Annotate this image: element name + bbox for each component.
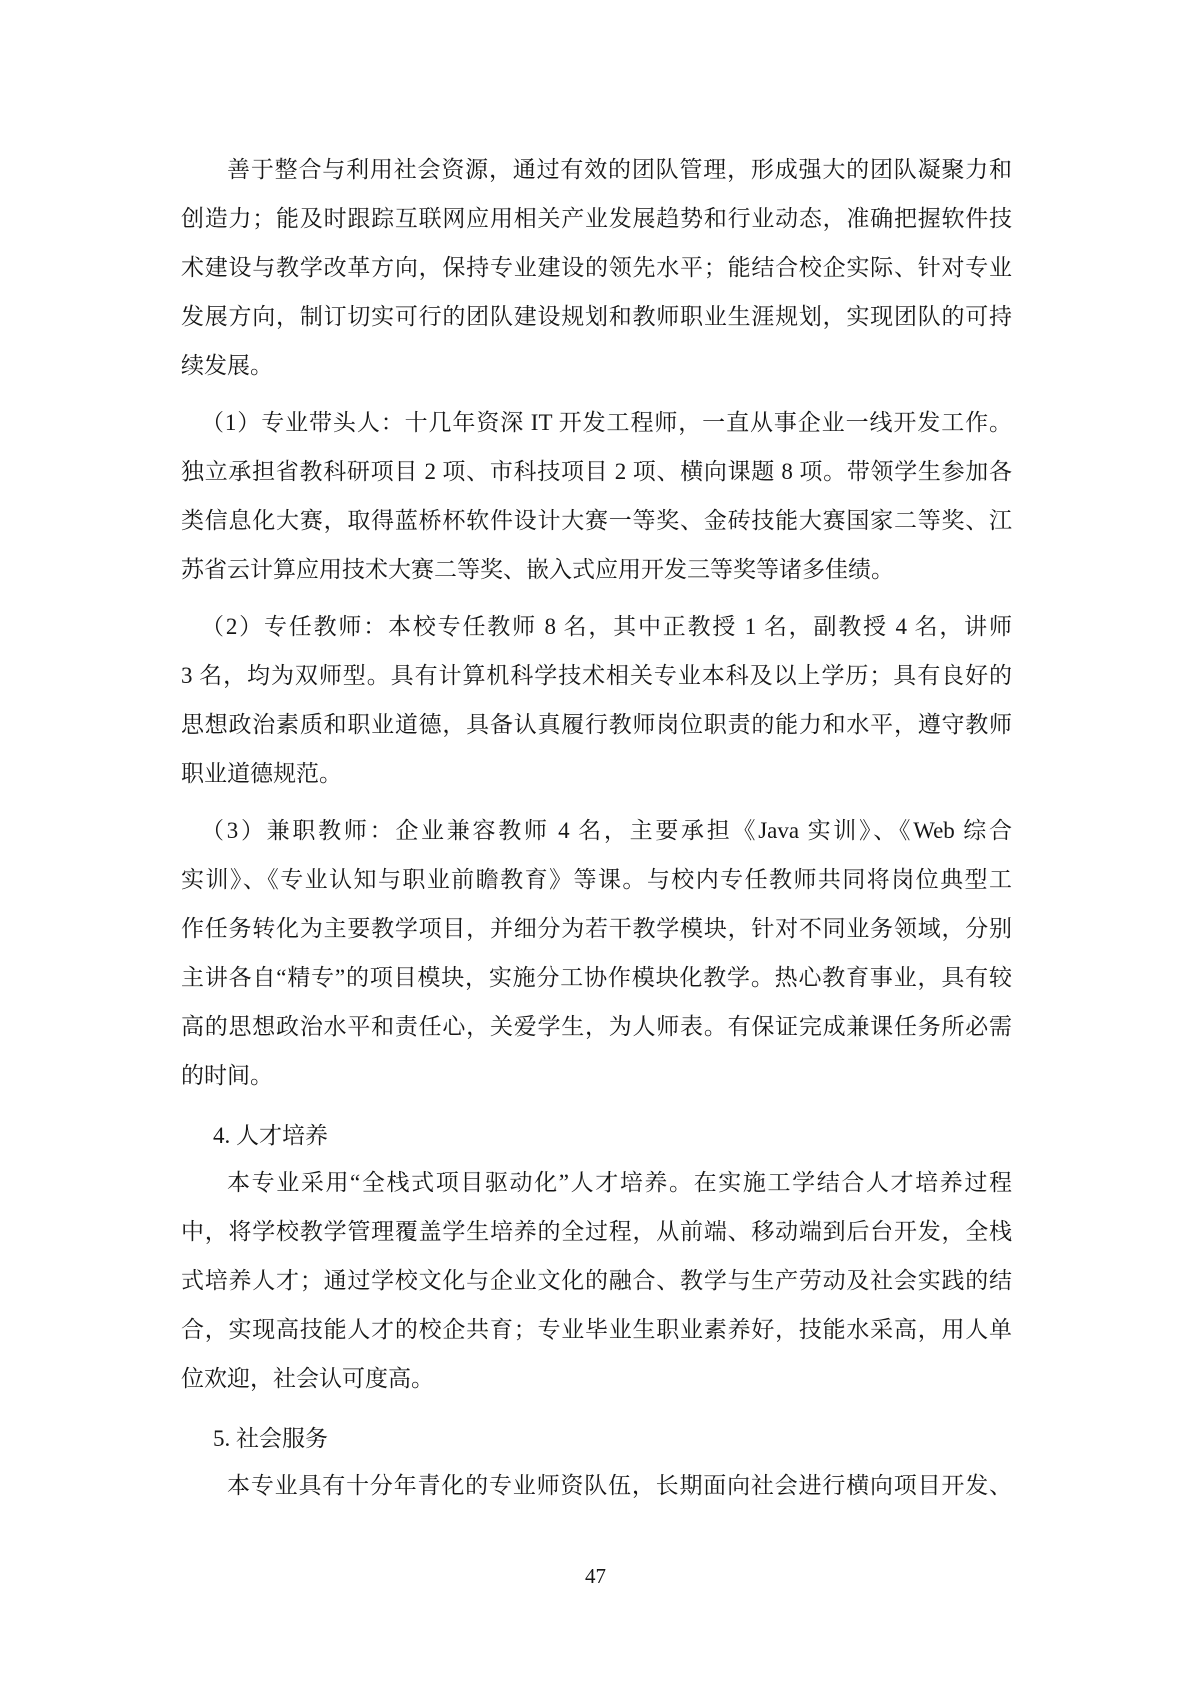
text-line: 合，实现高技能人才的校企共育；专业毕业生职业素养好，技能水采高，用人单 — [181, 1305, 1012, 1354]
text-line: （3）兼职教师：企业兼容教师 4 名，主要承担《Java 实训》、《Web 综合 — [181, 806, 1012, 855]
paragraph: （1）专业带头人：十几年资深 IT 开发工程师，一直从事企业一线开发工作。独立承… — [181, 398, 1012, 594]
paragraph: （3）兼职教师：企业兼容教师 4 名，主要承担《Java 实训》、《Web 综合… — [181, 806, 1012, 1100]
text-line: 作任务转化为主要教学项目，并细分为若干教学模块，针对不同业务领域，分别 — [181, 904, 1012, 953]
section-heading: 5. 社会服务 — [181, 1417, 1012, 1461]
paragraph: 本专业采用“全栈式项目驱动化”人才培养。在实施工学结合人才培养过程中，将学校教学… — [181, 1158, 1012, 1403]
text-line: 高的思想政治水平和责任心，关爱学生，为人师表。有保证完成兼课任务所必需 — [181, 1002, 1012, 1051]
paragraph: 本专业具有十分年青化的专业师资队伍，长期面向社会进行横向项目开发、 — [181, 1461, 1012, 1510]
page-number: 47 — [0, 1563, 1191, 1589]
text-line: （2）专任教师：本校专任教师 8 名，其中正教授 1 名，副教授 4 名，讲师 — [181, 602, 1012, 651]
text-line: 术建设与教学改革方向，保持专业建设的领先水平；能结合校企实际、针对专业 — [181, 243, 1012, 292]
text-line: 发展方向，制订切实可行的团队建设规划和教师职业生涯规划，实现团队的可持 — [181, 292, 1012, 341]
text-line: 类信息化大赛，取得蓝桥杯软件设计大赛一等奖、金砖技能大赛国家二等奖、江 — [181, 496, 1012, 545]
text-line: （1）专业带头人：十几年资深 IT 开发工程师，一直从事企业一线开发工作。 — [181, 398, 1012, 447]
text-line: 5. 社会服务 — [181, 1417, 1012, 1461]
section-heading: 4. 人才培养 — [181, 1114, 1012, 1158]
text-line: 位欢迎，社会认可度高。 — [181, 1354, 1012, 1403]
text-line: 苏省云计算应用技术大赛二等奖、嵌入式应用开发三等奖等诸多佳绩。 — [181, 545, 1012, 594]
paragraph: 善于整合与利用社会资源，通过有效的团队管理，形成强大的团队凝聚力和创造力；能及时… — [181, 145, 1012, 390]
text-line: 中，将学校教学管理覆盖学生培养的全过程，从前端、移动端到后台开发，全栈 — [181, 1207, 1012, 1256]
text-line: 思想政治素质和职业道德，具备认真履行教师岗位职责的能力和水平，遵守教师 — [181, 700, 1012, 749]
text-line: 的时间。 — [181, 1051, 1012, 1100]
text-line: 4. 人才培养 — [181, 1114, 1012, 1158]
text-line: 本专业采用“全栈式项目驱动化”人才培养。在实施工学结合人才培养过程 — [181, 1158, 1012, 1207]
text-line: 式培养人才；通过学校文化与企业文化的融合、教学与生产劳动及社会实践的结 — [181, 1256, 1012, 1305]
text-line: 主讲各自“精专”的项目模块，实施分工协作模块化教学。热心教育事业，具有较 — [181, 953, 1012, 1002]
text-line: 独立承担省教科研项目 2 项、市科技项目 2 项、横向课题 8 项。带领学生参加… — [181, 447, 1012, 496]
text-line: 本专业具有十分年青化的专业师资队伍，长期面向社会进行横向项目开发、 — [181, 1461, 1012, 1510]
text-line: 3 名，均为双师型。具有计算机科学技术相关专业本科及以上学历；具有良好的 — [181, 651, 1012, 700]
document-page: 善于整合与利用社会资源，通过有效的团队管理，形成强大的团队凝聚力和创造力；能及时… — [0, 0, 1191, 1684]
paragraph: （2）专任教师：本校专任教师 8 名，其中正教授 1 名，副教授 4 名，讲师3… — [181, 602, 1012, 798]
text-line: 创造力；能及时跟踪互联网应用相关产业发展趋势和行业动态，准确把握软件技 — [181, 194, 1012, 243]
text-line: 续发展。 — [181, 341, 1012, 390]
text-block: 善于整合与利用社会资源，通过有效的团队管理，形成强大的团队凝聚力和创造力；能及时… — [181, 145, 1012, 1510]
text-line: 职业道德规范。 — [181, 749, 1012, 798]
text-line: 实训》、《专业认知与职业前瞻教育》等课。与校内专任教师共同将岗位典型工 — [181, 855, 1012, 904]
text-line: 善于整合与利用社会资源，通过有效的团队管理，形成强大的团队凝聚力和 — [181, 145, 1012, 194]
